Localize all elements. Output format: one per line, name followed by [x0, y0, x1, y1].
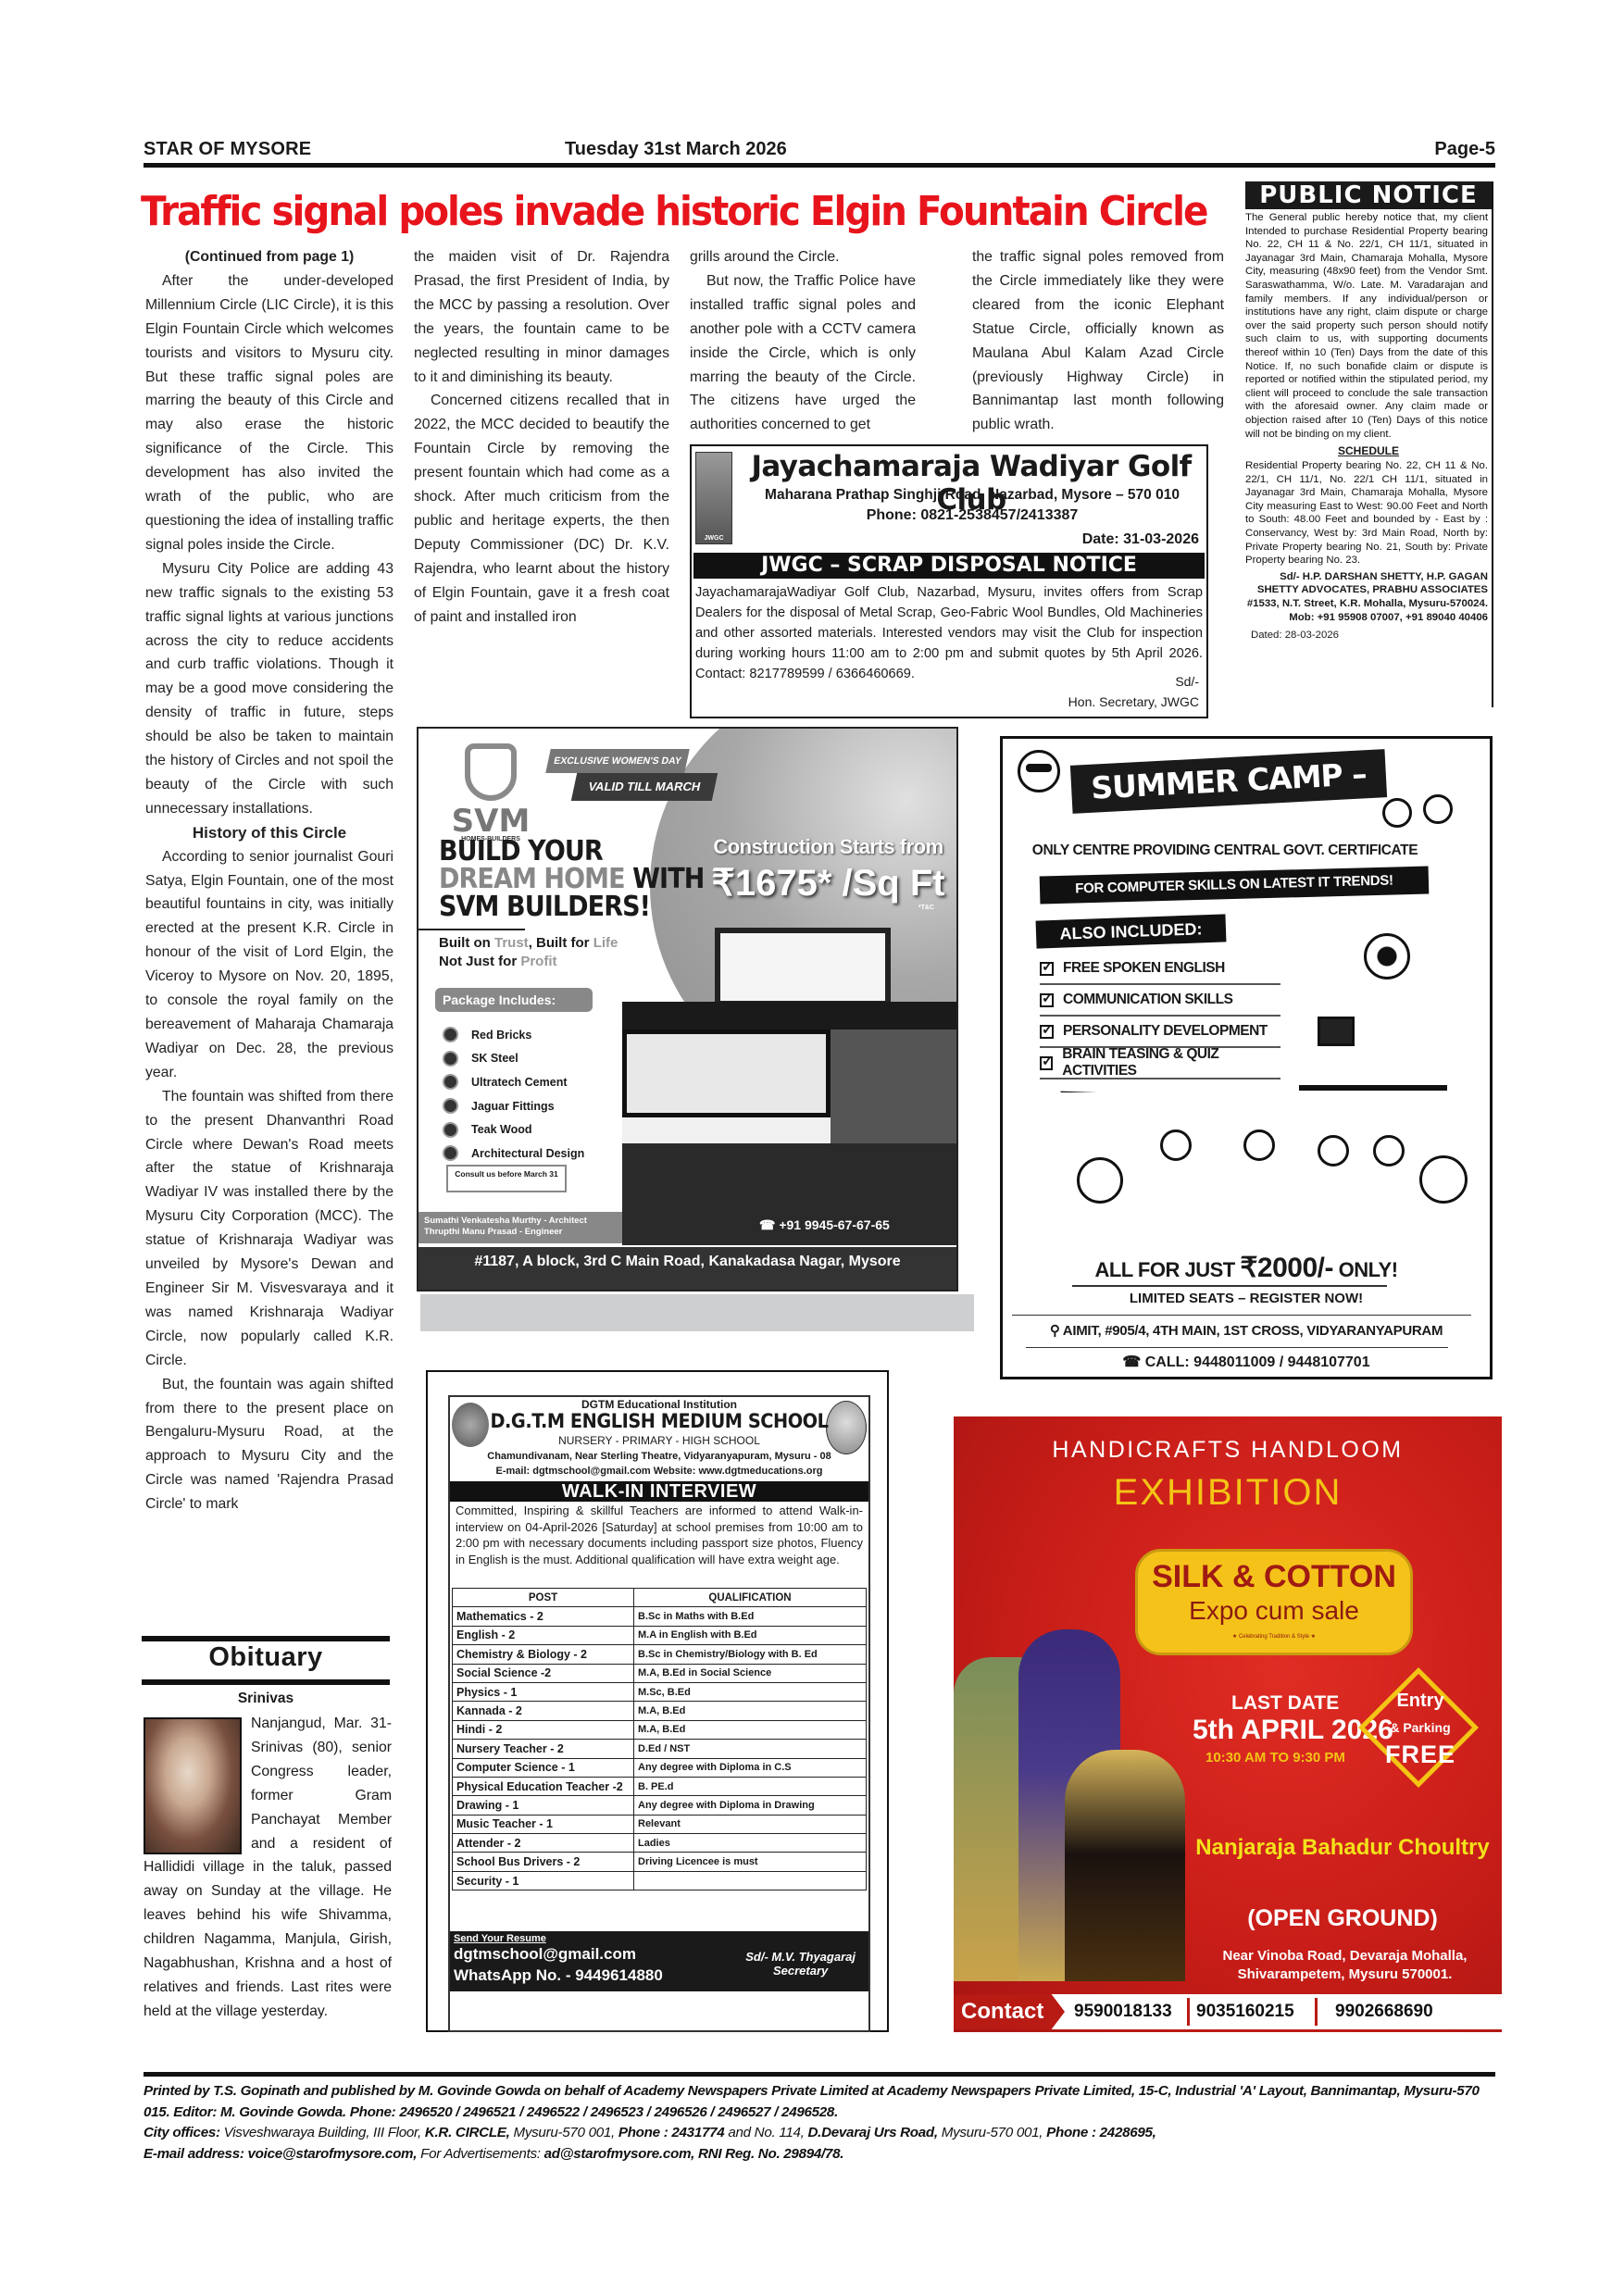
institution-name: DGTM Educational Institution — [450, 1398, 868, 1411]
contact-number: 9590018133 — [1074, 2002, 1172, 2022]
svm-logo: SVM HOMES-BUILDERS — [435, 740, 546, 842]
table-row: Kannada - 2M.A, B.Ed — [453, 1702, 867, 1720]
camp-address: ⚲ AIMIT, #905/4, 4TH MAIN, 1ST CROSS, VI… — [1003, 1322, 1490, 1339]
also-included-banner: ALSO INCLUDED: — [1036, 914, 1227, 948]
cement-icon — [443, 1074, 458, 1090]
package-item: Teak Wood — [443, 1117, 584, 1142]
package-item: Ultratech Cement — [443, 1070, 584, 1094]
headline-line: BUILD YOUR — [439, 838, 704, 866]
expo-title: EXHIBITION — [954, 1472, 1502, 1514]
masthead: STAR OF MYSORE Tuesday 31st March 2026 P… — [144, 137, 1495, 165]
sun-sunglasses-icon — [1018, 750, 1060, 792]
article-column-3: grills around the Circle. But now, the T… — [690, 245, 916, 437]
architect-credit: Sumathi Venkatesha Murthy - Architect — [424, 1216, 617, 1227]
qualification-cell: B.Sc in Maths with B.Ed — [634, 1607, 867, 1626]
post-cell: Chemistry & Biology - 2 — [453, 1645, 634, 1664]
obituary-photo — [144, 1717, 242, 1854]
table-row: Social Science -2M.A, B.Ed in Social Sci… — [453, 1664, 867, 1682]
divider — [1026, 1347, 1448, 1348]
club-address: Maharana Prathap Singhji Road, Nazarbad,… — [736, 487, 1208, 504]
signatory-name: Sd/- M.V. Thyagaraj — [745, 1950, 856, 1964]
footer-text: D.Devaraj Urs Road, — [808, 2125, 938, 2140]
paragraph: the maiden visit of Dr. Rajendra Prasad,… — [414, 245, 669, 389]
free-label: FREE — [1374, 1741, 1467, 1769]
qualification-cell: M.A in English with B.Ed — [634, 1626, 867, 1644]
post-cell: School Bus Drivers - 2 — [453, 1853, 634, 1871]
notice-date: Dated: 28-03-2026 — [1245, 630, 1492, 641]
included-item-label: BRAIN TEASING & QUIZ ACTIVITIES — [1062, 1046, 1280, 1079]
limited-seats: LIMITED SEATS – REGISTER NOW! — [1003, 1291, 1490, 1306]
article-column-2: the maiden visit of Dr. Rajendra Prasad,… — [414, 245, 669, 630]
qualification-cell: D.Ed / NST — [634, 1740, 867, 1758]
included-item: PERSONALITY DEVELOPMENT — [1040, 1017, 1280, 1048]
school-walk-in-ad: DGTM Educational Institution D.G.T.M ENG… — [426, 1370, 889, 2032]
imprint-line: Printed by T.S. Gopinath and published b… — [144, 2083, 1480, 2120]
column-header: QUALIFICATION — [634, 1589, 867, 1607]
vacancy-table: POST QUALIFICATION Mathematics - 2B.Sc i… — [452, 1588, 867, 1890]
paragraph: Mysuru City Police are adding 43 new tra… — [145, 557, 394, 821]
table-row: Physical Education Teacher -2B. PE.d — [453, 1777, 867, 1795]
public-notice-title: PUBLIC NOTICE — [1245, 181, 1492, 209]
qualification-cell: B.Sc in Chemistry/Biology with B. Ed — [634, 1645, 867, 1664]
engineer-credit: Thrupthi Manu Prasad - Engineer — [424, 1227, 617, 1238]
school-name: D.G.T.M ENGLISH MEDIUM SCHOOL — [467, 1410, 852, 1432]
school-ad-frame: DGTM Educational Institution D.G.T.M ENG… — [448, 1395, 870, 2032]
included-item: BRAIN TEASING & QUIZ ACTIVITIES — [1040, 1048, 1280, 1079]
column-header: POST — [453, 1589, 634, 1607]
page-number: Page-5 — [1434, 139, 1495, 160]
wood-icon — [443, 1122, 458, 1138]
qualification-cell — [634, 1871, 867, 1890]
continued-note: (Continued from page 1) — [145, 245, 394, 269]
notice-date: Date: 31-03-2026 — [1082, 531, 1199, 548]
table-row: Nursery Teacher - 2D.Ed / NST — [453, 1740, 867, 1758]
paragraph: Concerned citizens recalled that in 2022… — [414, 389, 669, 629]
price-intro: Construction Starts from — [696, 835, 958, 859]
separator — [1187, 1998, 1190, 2026]
included-item: COMMUNICATION SKILLS — [1040, 985, 1280, 1017]
kid-computer-illustration — [1299, 1007, 1447, 1091]
obituary-name: Srinivas — [142, 1691, 390, 1707]
divider — [1072, 1285, 1387, 1287]
whatsapp-number: WhatsApp No. - 9449614880 — [454, 1966, 663, 1985]
city-offices-label: City offices: — [144, 2125, 220, 2140]
qualification-cell: M.Sc, B.Ed — [634, 1682, 867, 1701]
tag-highlight: Trust — [494, 935, 529, 951]
summer-camp-ad-footer: ALL FOR JUST ₹2000/- ONLY! LIMITED SEATS… — [1000, 1092, 1493, 1379]
qualification-cell: Any degree with Diploma in Drawing — [634, 1796, 867, 1815]
post-cell: Hindi - 2 — [453, 1720, 634, 1739]
tag-text: , Built for — [529, 935, 593, 951]
post-cell: Computer Science - 1 — [453, 1758, 634, 1777]
footer-text: K.R. CIRCLE, — [425, 2125, 510, 2140]
package-item-label: Architectural Design — [471, 1147, 584, 1160]
price-prefix: ALL FOR JUST — [1094, 1258, 1240, 1281]
tap-icon — [443, 1098, 458, 1114]
issue-date: Tuesday 31st March 2026 — [565, 139, 787, 160]
table-row: English - 2M.A in English with B.Ed — [453, 1626, 867, 1644]
checkbox-icon — [1040, 1056, 1053, 1070]
footer-phone: Phone : 2428695, — [1046, 2125, 1156, 2140]
footer-text: and No. 114, — [724, 2125, 807, 2140]
package-item: Red Bricks — [443, 1023, 584, 1047]
post-cell: Mathematics - 2 — [453, 1607, 634, 1626]
school-address: Chamundivanam, Near Sterling Theatre, Vi… — [450, 1451, 868, 1462]
included-list: FREE SPOKEN ENGLISH COMMUNICATION SKILLS… — [1040, 954, 1280, 1079]
checkbox-icon — [1040, 962, 1054, 976]
package-item: Jaguar Fittings — [443, 1094, 584, 1118]
post-cell: Kannada - 2 — [453, 1702, 634, 1720]
package-item: SK Steel — [443, 1047, 584, 1071]
kids-playing-illustration — [1021, 1129, 1475, 1231]
paragraph: The fountain was shifted from there to t… — [145, 1085, 394, 1373]
notice-signature: Sd/- H.P. DARSHAN SHETTY, H.P. GAGAN SHE… — [1245, 570, 1492, 624]
post-cell: Attender - 2 — [453, 1834, 634, 1853]
checkbox-icon — [1040, 1025, 1054, 1039]
package-label: Package Includes: — [435, 988, 593, 1012]
school-contact: E-mail: dgtmschool@gmail.com Website: ww… — [450, 1466, 868, 1477]
qualification-cell: Relevant — [634, 1815, 867, 1833]
qualification-cell: Driving Licencee is must — [634, 1853, 867, 1871]
article-column-1: (Continued from page 1) After the under-… — [145, 245, 394, 1516]
table-row: Attender - 2Ladies — [453, 1834, 867, 1853]
table-row: Mathematics - 2B.Sc in Maths with B.Ed — [453, 1607, 867, 1626]
paragraph: According to senior journalist Gouri Sat… — [145, 845, 394, 1085]
football-icon — [1364, 933, 1410, 980]
package-item-label: Red Bricks — [471, 1029, 531, 1042]
footer-phone: Phone : 2431774 — [618, 2125, 725, 2140]
footer-text: Mysuru-570 001, — [938, 2125, 1046, 2140]
contact-label: Contact — [954, 1994, 1065, 2029]
schedule-body: Residential Property bearing No. 22, CH … — [1245, 457, 1492, 568]
golf-club-ad: JWGC Jayachamaraja Wadiyar Golf Club Mah… — [690, 444, 1208, 718]
article-headline: Traffic signal poles invade historic Elg… — [141, 181, 1137, 243]
signature-mark: Sd/- — [1175, 674, 1199, 689]
footer-text: Mysuru-570 001, — [510, 2125, 618, 2140]
plaque-subtitle: Expo cum sale — [1138, 1596, 1410, 1626]
table-row: Physics - 1M.Sc, B.Ed — [453, 1682, 867, 1701]
imprint-footer: Printed by T.S. Gopinath and published b… — [144, 2081, 1495, 2165]
ad-headline: BUILD YOUR DREAM HOME WITH SVM BUILDERS! — [439, 838, 704, 921]
qualification-cell: M.A, B.Ed — [634, 1702, 867, 1720]
parking-label: & Parking — [1374, 1720, 1467, 1735]
resume-email: dgtmschool@gmail.com — [454, 1945, 636, 1964]
ad-tagline: Built on Trust, Built for Life Not Just … — [439, 934, 618, 971]
terms-note: *T&C — [918, 905, 934, 911]
paragraph: the traffic signal poles removed from th… — [972, 245, 1224, 437]
package-item-label: Jaguar Fittings — [471, 1100, 555, 1113]
package-list: Red Bricks SK Steel Ultratech Cement Jag… — [443, 1023, 584, 1166]
paragraph: But now, the Traffic Police have install… — [690, 269, 916, 437]
venue-name: Nanjaraja Bahadur Choultry — [1190, 1831, 1495, 1864]
paragraph: After the under-developed Millennium Cir… — [145, 269, 394, 557]
walk-in-banner: WALK-IN INTERVIEW — [450, 1481, 868, 1502]
divider — [142, 1679, 390, 1685]
expo-hours: 10:30 AM TO 9:30 PM — [1206, 1750, 1345, 1766]
included-item-label: PERSONALITY DEVELOPMENT — [1063, 1023, 1268, 1040]
post-cell: English - 2 — [453, 1626, 634, 1644]
table-row: Drawing - 1Any degree with Diploma in Dr… — [453, 1796, 867, 1815]
divider — [142, 1636, 390, 1641]
plaque-title: SILK & COTTON — [1138, 1559, 1410, 1595]
qualification-cell: Any degree with Diploma in C.S — [634, 1758, 867, 1777]
school-signatory: Sd/- M.V. Thyagaraj Secretary — [745, 1950, 856, 1978]
headline-line: SVM BUILDERS! — [439, 893, 704, 921]
table-row: School Bus Drivers - 2Driving Licencee i… — [453, 1853, 867, 1871]
qualification-cell: M.A, B.Ed in Social Science — [634, 1664, 867, 1682]
entry-label: Entry — [1374, 1691, 1467, 1712]
qualification-cell: Ladies — [634, 1834, 867, 1853]
tag-highlight: Profit — [520, 954, 556, 969]
notice-body: JayachamarajaWadiyar Golf Club, Nazarbad… — [695, 582, 1203, 684]
notice-title: JWGC – SCRAP DISPOSAL NOTICE — [693, 553, 1205, 579]
contact-strip: Contact 9590018133 9035160215 9902668690 — [954, 1994, 1502, 2029]
last-date-label: LAST DATE — [1231, 1692, 1339, 1715]
venue-type: (OPEN GROUND) — [1204, 1905, 1481, 1932]
qualification-cell: B. PE.d — [634, 1777, 867, 1795]
divider — [418, 929, 525, 930]
post-cell: Security - 1 — [453, 1871, 634, 1890]
handloom-exhibition-ad: HANDICRAFTS HANDLOOM EXHIBITION SILK & C… — [954, 1416, 1502, 2032]
signatory: Hon. Secretary, JWGC — [1068, 694, 1199, 709]
post-cell: Music Teacher - 1 — [453, 1815, 634, 1833]
table-row: Chemistry & Biology - 2B.Sc in Chemistry… — [453, 1645, 867, 1664]
footer-ads-email: ad@starofmysore.com, RNI Reg. No. 29894/… — [544, 2146, 844, 2162]
price: ₹1675* /Sq Ft — [696, 862, 958, 905]
house-shield-icon — [465, 743, 517, 801]
resume-footer: Send Your Resume dgtmschool@gmail.com Wh… — [450, 1931, 868, 1991]
signatory-designation: Secretary — [745, 1964, 856, 1978]
validity-banner: VALID TILL MARCH 31ST — [571, 773, 718, 801]
tag-text: Built on — [439, 935, 494, 951]
footer-email: E-mail address: voice@starofmysore.com, — [144, 2146, 417, 2162]
separator — [1315, 1998, 1318, 2026]
public-notice-body: The General public hereby notice that, m… — [1245, 209, 1492, 441]
contact-number: 9035160215 — [1196, 2002, 1294, 2022]
house-illustration — [604, 928, 958, 1242]
schedule-title: SCHEDULE — [1245, 444, 1492, 457]
contact-number: 9902668690 — [1335, 2002, 1433, 2022]
camp-title: SUMMER CAMP – 2026 — [1070, 749, 1387, 814]
footer-rule — [144, 2072, 1495, 2077]
offer-banner: EXCLUSIVE WOMEN'S DAY OFFER — [545, 749, 690, 773]
expo-heading: HANDICRAFTS HANDLOOM — [954, 1437, 1502, 1464]
price-suffix: ONLY! — [1333, 1258, 1398, 1281]
qualification-cell: M.A, B.Ed — [634, 1720, 867, 1739]
logo-text: JWGC — [696, 535, 731, 542]
post-cell: Physical Education Teacher -2 — [453, 1777, 634, 1795]
post-cell: Social Science -2 — [453, 1664, 634, 1682]
masthead-rule — [144, 163, 1495, 168]
table-row: Security - 1 — [453, 1871, 867, 1890]
golfer-logo-icon: JWGC — [695, 452, 732, 544]
phone-number: ☎ +91 9945-67-67-65 — [759, 1217, 890, 1233]
post-cell: Drawing - 1 — [453, 1796, 634, 1815]
divider — [1012, 1315, 1471, 1316]
kids-illustration — [1382, 794, 1466, 850]
table-row: Computer Science - 1Any degree with Dipl… — [453, 1758, 867, 1777]
table-row: Hindi - 2M.A, B.Ed — [453, 1720, 867, 1739]
camp-certificate-line: ONLY CENTRE PROVIDING CENTRAL GOVT. CERT… — [1021, 842, 1429, 859]
included-item-label: FREE SPOKEN ENGLISH — [1063, 960, 1225, 977]
package-item-label: Ultratech Cement — [471, 1076, 568, 1089]
gray-filler-bar — [420, 1294, 974, 1331]
venue-address: Near Vinoba Road, Devaraja Mohalla, Shiv… — [1190, 1947, 1500, 1984]
post-cell: Physics - 1 — [453, 1682, 634, 1701]
article-subhead: History of this Circle — [145, 821, 394, 845]
logo-text: SVM — [435, 803, 546, 840]
team-credits: Sumathi Venkatesha Murthy - Architect Th… — [418, 1212, 622, 1243]
svm-builders-ad: SVM HOMES-BUILDERS EXCLUSIVE WOMEN'S DAY… — [417, 727, 958, 1291]
paragraph: grills around the Circle. — [690, 245, 916, 269]
bricks-icon — [443, 1027, 458, 1042]
obituary-title: Obituary — [142, 1642, 390, 1673]
interview-details: Committed, Inspiring & skillful Teachers… — [456, 1503, 863, 1567]
footer-text: For Advertisements: — [417, 2146, 543, 2162]
paper-name: STAR OF MYSORE — [144, 139, 311, 160]
package-item-label: Teak Wood — [471, 1123, 532, 1136]
camp-ribbon: FOR COMPUTER SKILLS ON LATEST IT TRENDS! — [1040, 867, 1430, 905]
post-cell: Nursery Teacher - 2 — [453, 1740, 634, 1758]
steel-icon — [443, 1051, 458, 1067]
camp-price: ₹2000/- — [1240, 1253, 1333, 1283]
club-phone: Phone: 0821-2538457/2413387 — [736, 507, 1208, 524]
package-item-label: SK Steel — [471, 1052, 518, 1065]
design-icon — [443, 1145, 458, 1161]
article-column-4: the traffic signal poles removed from th… — [972, 245, 1224, 437]
footer-text: Visveshwaraya Building, III Floor, — [220, 2125, 425, 2140]
checkbox-icon — [1040, 993, 1054, 1007]
builder-address: #1187, A block, 3rd C Main Road, Kanakad… — [418, 1247, 956, 1290]
included-item-label: COMMUNICATION SKILLS — [1063, 992, 1232, 1008]
camp-phone: ☎ CALL: 9448011009 / 9448107701 — [1003, 1353, 1490, 1371]
paragraph: But, the fountain was again shifted from… — [145, 1373, 394, 1516]
school-levels: NURSERY - PRIMARY - HIGH SCHOOL — [450, 1434, 868, 1447]
public-notice: PUBLIC NOTICE The General public hereby … — [1245, 181, 1493, 707]
send-resume-label: Send Your Resume — [454, 1933, 546, 1944]
saree-models-photo — [954, 1629, 1185, 1981]
tag-text: Not Just for — [439, 954, 520, 969]
camp-price-line: ALL FOR JUST ₹2000/- ONLY! — [1003, 1252, 1490, 1284]
obituary-body: Nanjangud, Mar. 31- Srinivas (80), senio… — [144, 1712, 392, 2024]
included-item: FREE SPOKEN ENGLISH — [1040, 954, 1280, 985]
table-row: Music Teacher - 1Relevant — [453, 1815, 867, 1833]
package-item: Architectural Design — [443, 1142, 584, 1166]
consult-badge: Consult us before March 31 — [446, 1165, 567, 1192]
